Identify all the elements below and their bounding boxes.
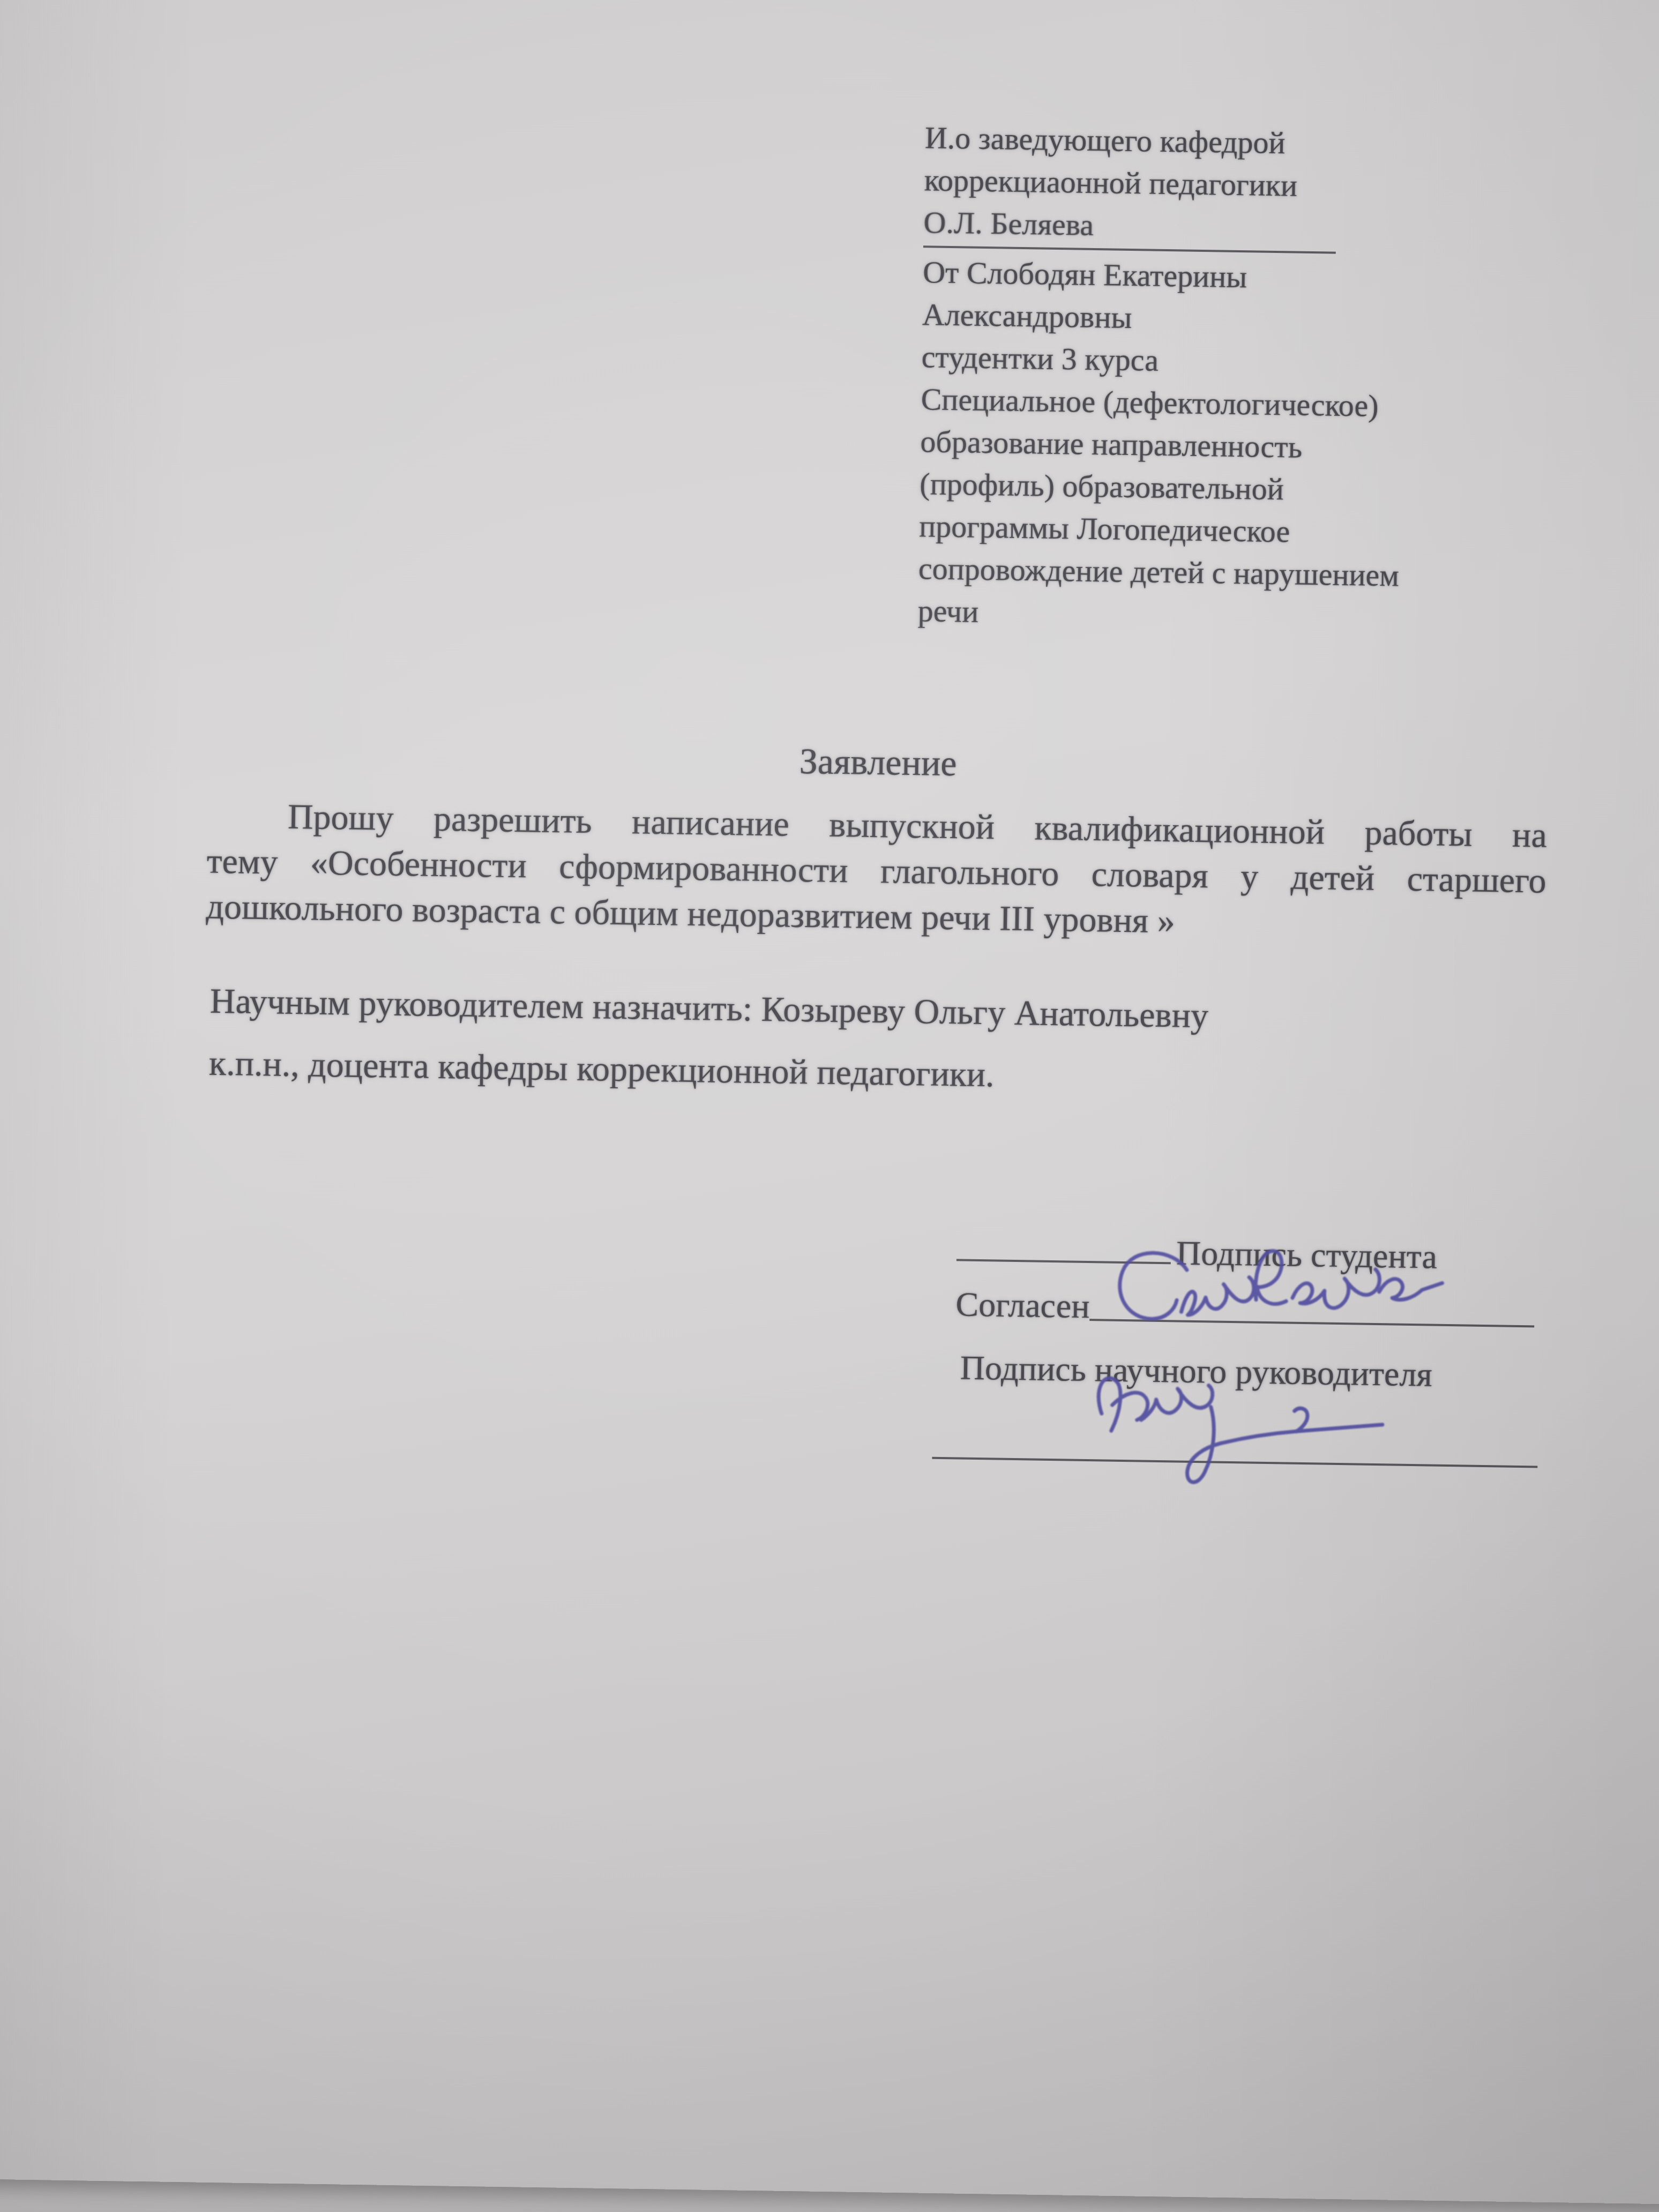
approver-name-line: О.Л. Беляева bbox=[923, 201, 1336, 253]
supervisor-assignment-line: Научным руководителем назначить: Козырев… bbox=[210, 981, 1550, 1042]
approver-name: О.Л. Беляева bbox=[923, 205, 1094, 242]
document-title: Заявление bbox=[208, 731, 1548, 794]
photo-scene: И.о заведующего кафедрой коррекциаонной … bbox=[0, 0, 1659, 2212]
request-paragraph: Прошу разрешить написание выпускной квал… bbox=[206, 796, 1548, 952]
supervisor-degree-line: к.п.н., доцента кафедры коррекционной пе… bbox=[209, 1043, 1549, 1104]
agree-label: Согласен bbox=[955, 1284, 1090, 1326]
student-signature-handwriting bbox=[1094, 1231, 1471, 1362]
supervisor-signature-handwriting bbox=[1061, 1361, 1426, 1523]
recipient-block: И.о заведующего кафедрой коррекциаонной … bbox=[917, 116, 1546, 641]
applicant-line: речи bbox=[917, 589, 1540, 641]
application-document-sheet: И.о заведующего кафедрой коррекциаонной … bbox=[0, 0, 1659, 2204]
